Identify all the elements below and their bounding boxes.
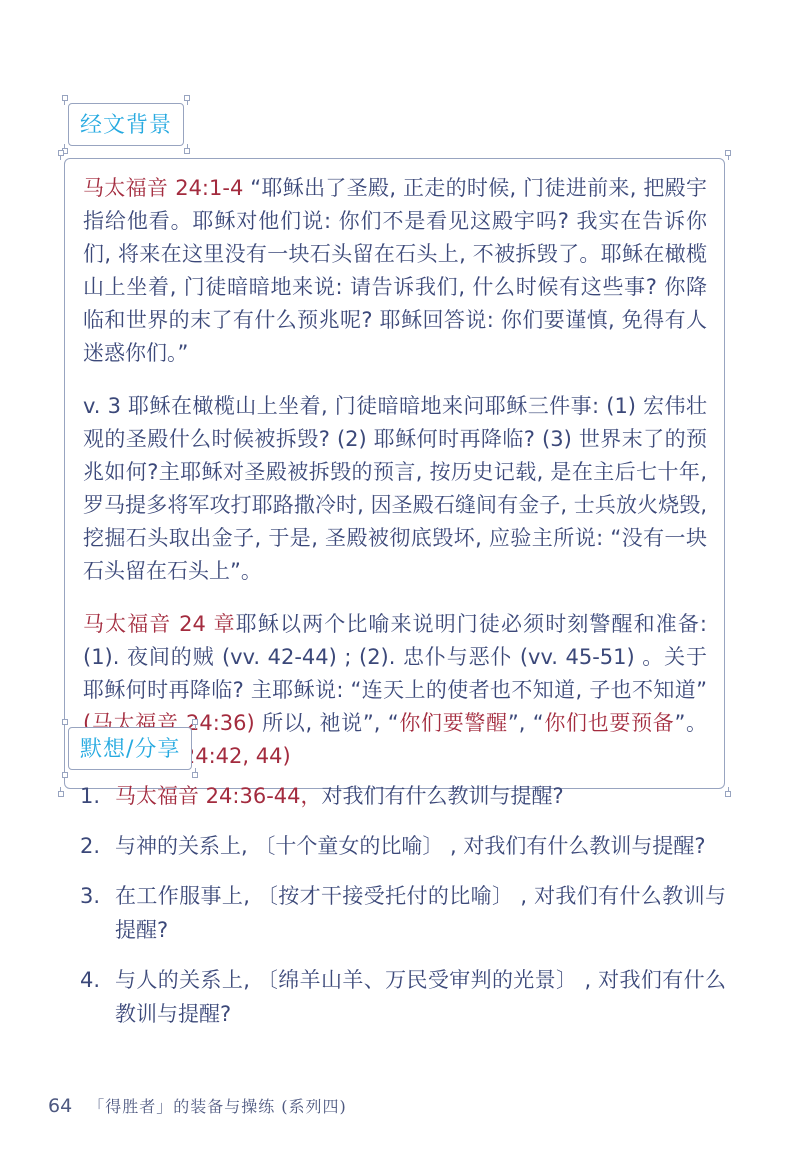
section-header-text: 默想/分享: [80, 737, 180, 762]
text-segment: ”。: [674, 711, 707, 735]
scripture-paragraph-1: 马太福音 24:1-4 “耶稣出了圣殿, 正走的时候, 门徒进前来, 把殿宇指给…: [83, 172, 707, 370]
question-text: 与神的关系上, 〔十个童女的比喻〕 , 对我们有什么教训与提醒?: [115, 829, 726, 863]
scripture-paragraph-2: v. 3 耶稣在橄榄山上坐着, 门徒暗暗地来问耶稣三件事: (1) 宏伟壮观的圣…: [83, 390, 707, 588]
text-segment: 马太福音 24 章: [83, 612, 236, 636]
question-number: 4.: [64, 963, 115, 997]
question-list: 1. 马太福音 24:36-44，对我们有什么教训与提醒? 2. 与神的关系上,…: [64, 779, 726, 1047]
text-segment: ”, “: [508, 711, 544, 735]
frame-corner-ornament: [722, 150, 731, 159]
question-number: 2.: [64, 829, 115, 863]
question-text: 马太福音 24:36-44，对我们有什么教训与提醒?: [115, 779, 726, 813]
text-segment: 在工作服事上, 〔按才干接受托付的比喻〕 , 对我们有什么教训与提醒?: [115, 884, 726, 942]
question-item-2: 2. 与神的关系上, 〔十个童女的比喻〕 , 对我们有什么教训与提醒?: [64, 829, 726, 863]
scripture-box: 马太福音 24:1-4 “耶稣出了圣殿, 正走的时候, 门徒进前来, 把殿宇指给…: [64, 158, 725, 789]
frame-corner-ornament: [181, 95, 190, 104]
frame-corner-ornament: [62, 95, 71, 104]
text-segment: 所以, 祂说”, “: [255, 711, 399, 735]
question-item-4: 4. 与人的关系上, 〔绵羊山羊、万民受审判的光景〕 , 对我们有什么教训与提醒…: [64, 963, 726, 1031]
section-header-meditation-sharing: 默想/分享: [68, 727, 192, 770]
text-segment: 与人的关系上, 〔绵羊山羊、万民受审判的光景〕 , 对我们有什么教训与提醒?: [115, 968, 726, 1026]
frame-corner-ornament: [181, 145, 190, 154]
frame-corner-ornament: [62, 145, 71, 154]
text-segment: “耶稣出了圣殿, 正走的时候, 门徒进前来, 把殿宇指给他看。耶稣对他们说: 你…: [83, 176, 707, 365]
document-page: 经文背景 马太福音 24:1-4 “耶稣出了圣殿, 正走的时候, 门徒进前来, …: [0, 0, 790, 1170]
page-footer: 64 「得胜者」的装备与操练 (系列四): [48, 1094, 347, 1117]
question-item-3: 3. 在工作服事上, 〔按才干接受托付的比喻〕 , 对我们有什么教训与提醒?: [64, 879, 726, 947]
text-segment: 马太福音 24:36-44，: [115, 784, 322, 808]
text-segment: 与神的关系上, 〔十个童女的比喻〕 , 对我们有什么教训与提醒?: [115, 834, 706, 858]
question-item-1: 1. 马太福音 24:36-44，对我们有什么教训与提醒?: [64, 779, 726, 813]
question-number: 1.: [64, 779, 115, 813]
book-title: 「得胜者」的装备与操练 (系列四): [88, 1094, 347, 1117]
text-segment: 对我们有什么教训与提醒?: [322, 784, 564, 808]
section-header-text: 经文背景: [80, 113, 172, 138]
question-text: 与人的关系上, 〔绵羊山羊、万民受审判的光景〕 , 对我们有什么教训与提醒?: [115, 963, 726, 1031]
text-segment: 你们要警醒: [399, 711, 508, 735]
page-number: 64: [48, 1095, 72, 1117]
text-segment: 马太福音 24:1-4: [83, 176, 243, 200]
text-segment: 你们也要预备: [544, 711, 675, 735]
frame-corner-ornament: [58, 150, 67, 159]
section-header-scripture-background: 经文背景: [68, 103, 184, 146]
question-number: 3.: [64, 879, 115, 913]
question-text: 在工作服事上, 〔按才干接受托付的比喻〕 , 对我们有什么教训与提醒?: [115, 879, 726, 947]
text-segment: v. 3 耶稣在橄榄山上坐着, 门徒暗暗地来问耶稣三件事: (1) 宏伟壮观的圣…: [83, 394, 707, 583]
